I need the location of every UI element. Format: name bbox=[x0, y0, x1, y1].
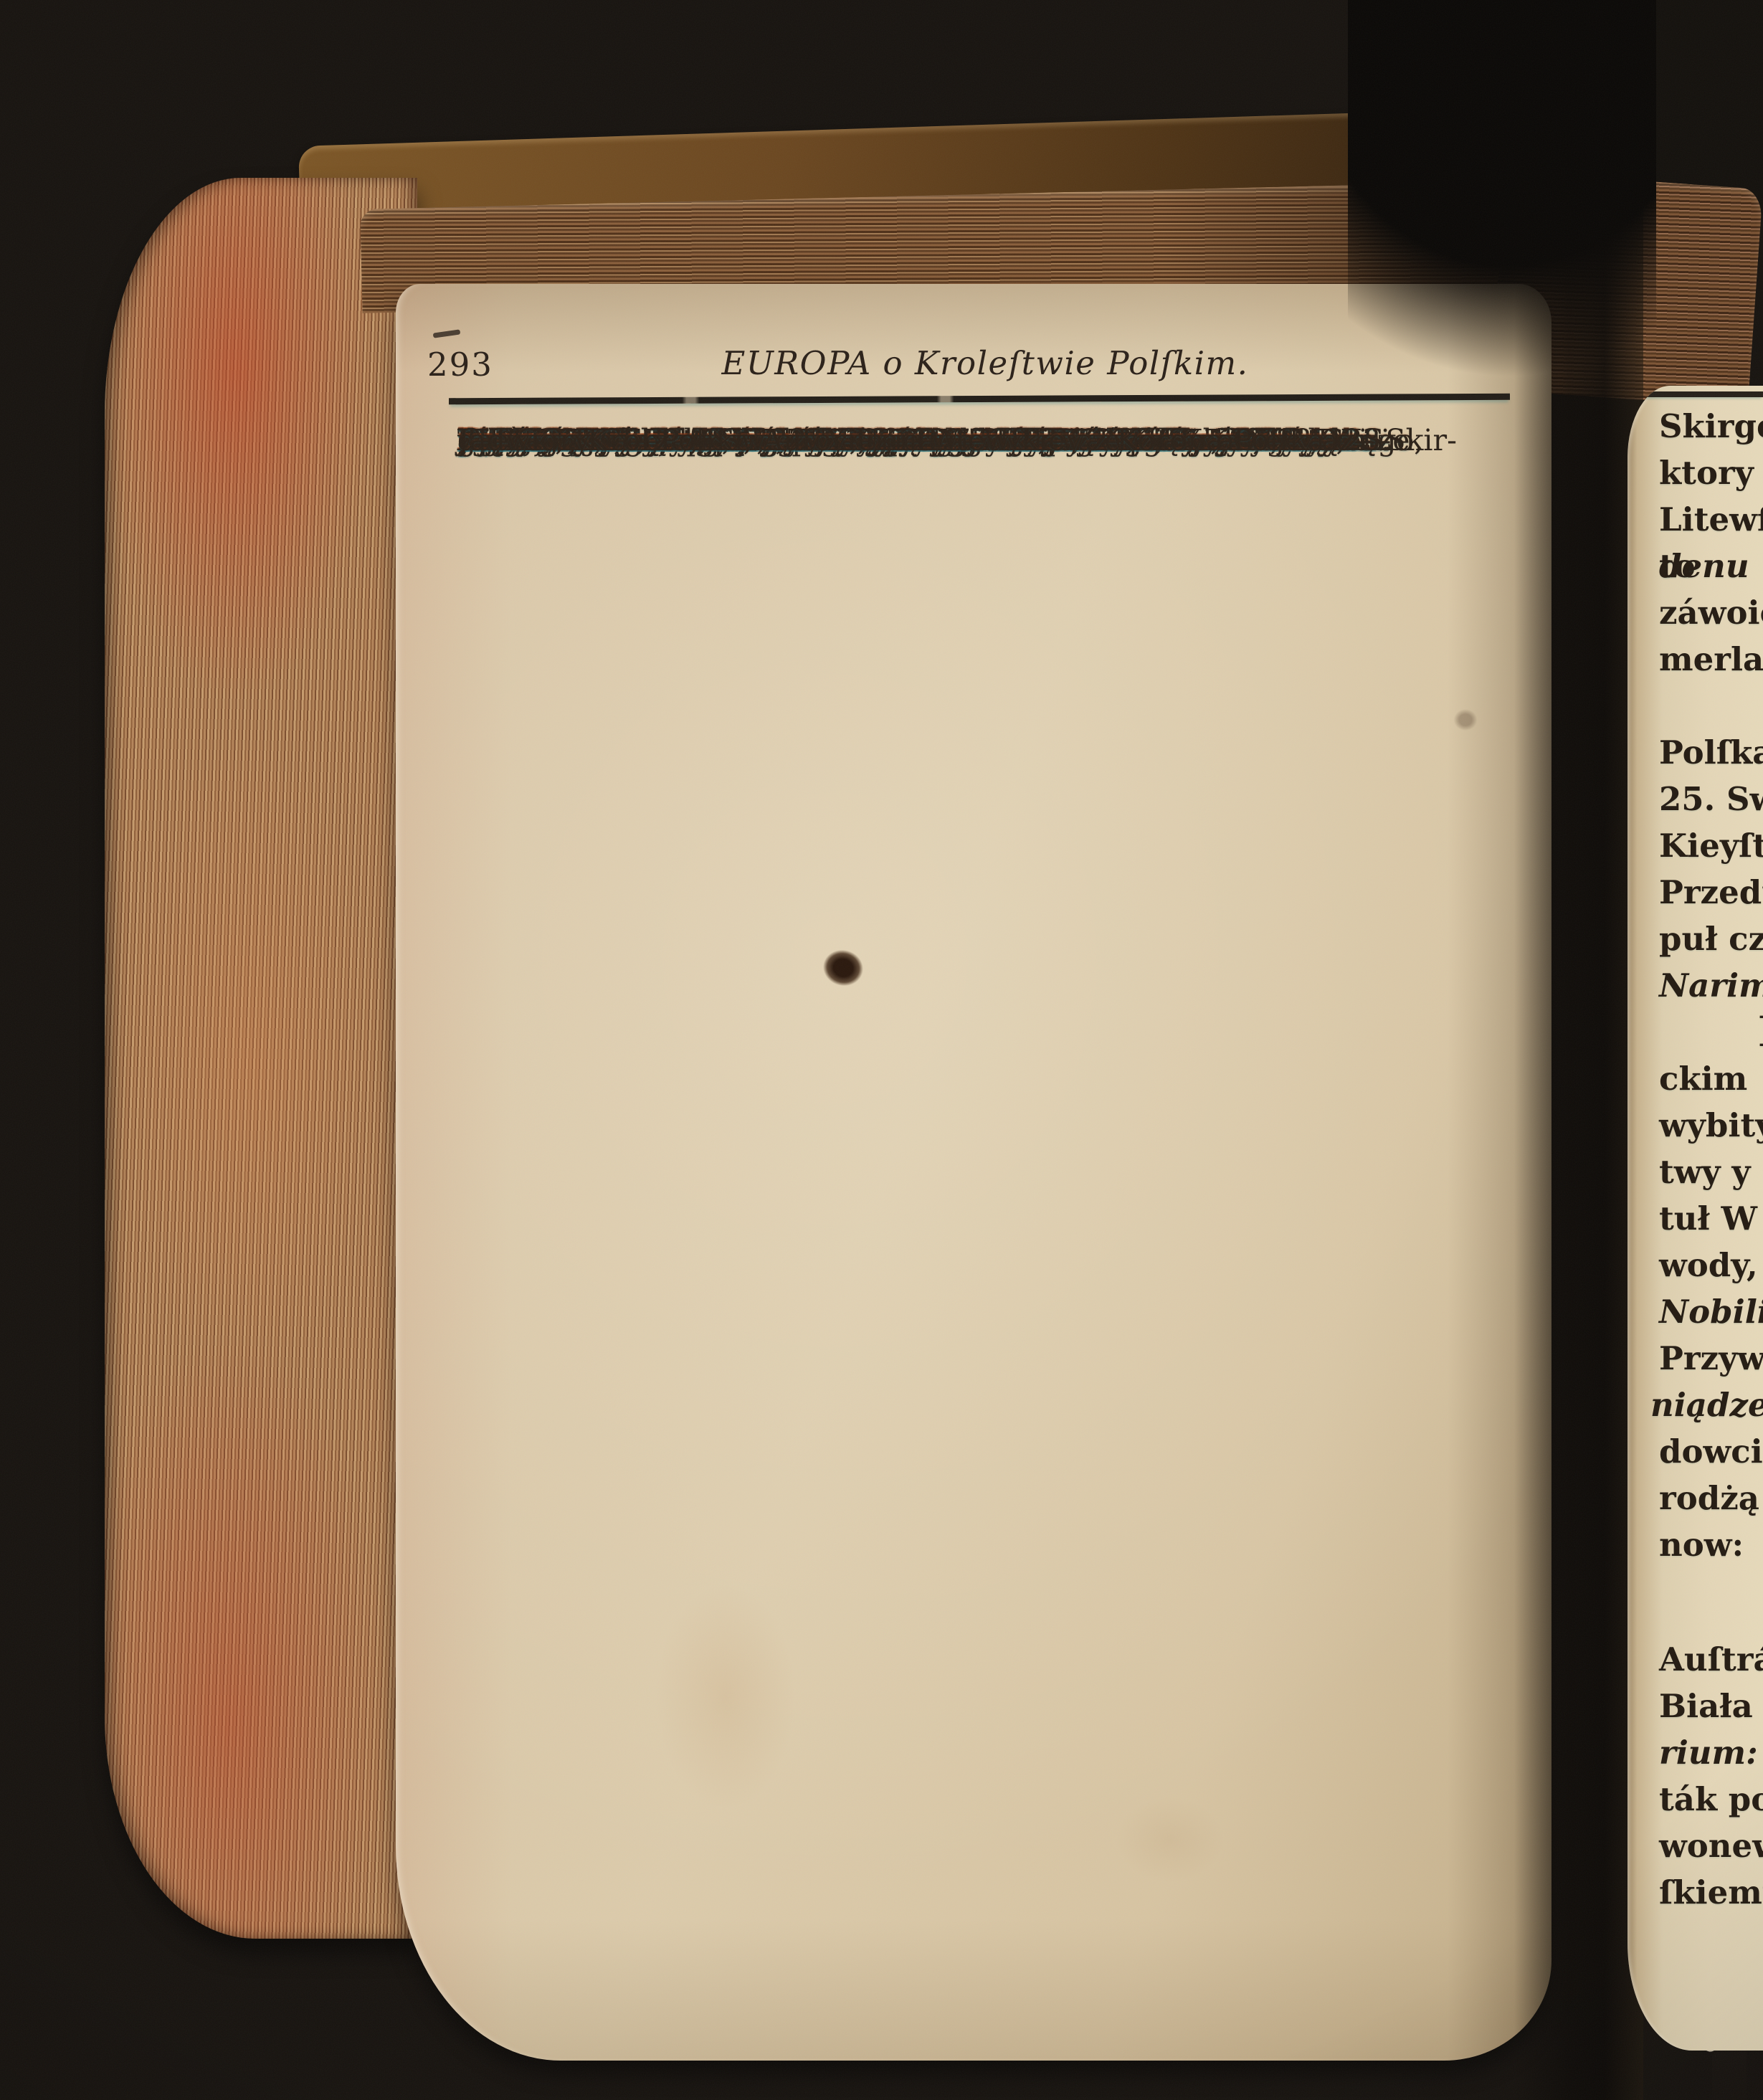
text-line-fragment: dowci bbox=[1659, 1428, 1763, 1475]
right-header-rule bbox=[1630, 391, 1763, 397]
roman-text: N bbox=[1758, 1009, 1763, 1055]
roman-text: Przyw bbox=[1659, 1335, 1763, 1382]
text-line-fragment: 25. Sw bbox=[1659, 776, 1763, 822]
text-line-fragment: K bbox=[1659, 683, 1763, 729]
text-line-fragment: Auſtrá bbox=[1659, 1636, 1763, 1683]
roman-text: 25. Sw bbox=[1659, 776, 1763, 822]
italic-text: denu bbox=[1659, 543, 1749, 589]
text-line-fragment: Biała bbox=[1659, 1683, 1763, 1729]
roman-text: Skirge bbox=[1659, 403, 1763, 450]
text-line-fragment: Przyw bbox=[1659, 1335, 1763, 1382]
roman-text: ták po bbox=[1659, 1776, 1763, 1823]
roman-text: rodżą bbox=[1659, 1475, 1759, 1521]
roman-text: wody, bbox=[1659, 1242, 1758, 1288]
text-line-fragment: Polſka bbox=[1659, 729, 1763, 776]
ink-mark bbox=[433, 329, 461, 338]
text-line-fragment: to denu bbox=[1659, 543, 1763, 589]
roman-text: Przedt bbox=[1659, 869, 1763, 916]
roman-text: dowci bbox=[1659, 1428, 1763, 1475]
paper-stain bbox=[632, 1546, 819, 1847]
text-line-fragment: merlan bbox=[1659, 636, 1763, 683]
text-line-fragment: ckim bbox=[1659, 1055, 1763, 1102]
roman-text: tuł W bbox=[1659, 1195, 1757, 1242]
italic-text: niądze. bbox=[1650, 1382, 1763, 1428]
text-line-fragment: twy y bbox=[1659, 1149, 1763, 1195]
text-line-fragment: záwoio bbox=[1659, 589, 1763, 636]
roman-text: záwoio bbox=[1659, 589, 1763, 636]
italic-text: Nobilit bbox=[1659, 1288, 1763, 1335]
text-line-fragment: now: bbox=[1659, 1521, 1763, 1568]
text-line-fragment: Narimu bbox=[1659, 962, 1763, 1009]
roman-text: merlan bbox=[1659, 636, 1763, 683]
roman-text: Litewſ bbox=[1659, 496, 1763, 543]
italic-text: rium: bbox=[1659, 1729, 1758, 1776]
roman-text: now: bbox=[1659, 1521, 1744, 1568]
text-line-fragment: Kieyſt bbox=[1659, 822, 1763, 869]
text-line-fragment: ſkiemu bbox=[1659, 1869, 1763, 1916]
roman-text: Polſka bbox=[1659, 729, 1763, 776]
roman-text: ckim bbox=[1659, 1055, 1747, 1102]
gutter-void bbox=[1348, 0, 1656, 459]
book-photo: 293 EUROPA o Kroleſtwie Polſkim. zowáła … bbox=[0, 0, 1763, 2100]
right-page-text-block: SkirgektoryLitewſto denuzáwoiomerlanKPol… bbox=[1627, 403, 1763, 1916]
right-page-edge: SkirgektoryLitewſto denuzáwoiomerlanKPol… bbox=[1627, 386, 1763, 2051]
text-line-fragment: Przedt bbox=[1659, 869, 1763, 916]
paper-stain bbox=[1098, 1782, 1242, 1897]
text-line-fragment: Nobilit bbox=[1659, 1288, 1763, 1335]
text-line-fragment: rium: bbox=[1659, 1729, 1763, 1776]
left-page: 293 EUROPA o Kroleſtwie Polſkim. zowáła … bbox=[396, 284, 1551, 2061]
italic-text: Narimu bbox=[1659, 962, 1763, 1009]
roman-text: ktory bbox=[1659, 450, 1754, 496]
roman-text: puł cz bbox=[1659, 916, 1763, 962]
text-line-fragment: puł cz bbox=[1659, 916, 1763, 962]
text-line-fragment: Skirge bbox=[1659, 403, 1763, 450]
roman-text: ſkiemu bbox=[1659, 1869, 1763, 1916]
text-line-fragment: N bbox=[1659, 1009, 1763, 1055]
text-line-fragment: rodżą bbox=[1659, 1475, 1763, 1521]
text-line-fragment: ktory bbox=[1659, 450, 1763, 496]
roman-text: Auſtrá bbox=[1659, 1636, 1763, 1683]
text-line-fragment: wybity bbox=[1659, 1102, 1763, 1149]
text-line-fragment: wonew bbox=[1659, 1823, 1763, 1869]
text-line-fragment: wody, bbox=[1659, 1242, 1763, 1288]
ink-smudge bbox=[1450, 705, 1481, 734]
text-line-fragment: tuł W bbox=[1659, 1195, 1763, 1242]
roman-text: Biała bbox=[1659, 1683, 1753, 1729]
left-page-text-area: 293 EUROPA o Kroleſtwie Polſkim. zowáła … bbox=[457, 284, 1513, 2061]
roman-text: twy y bbox=[1659, 1149, 1751, 1195]
roman-text: wonew bbox=[1659, 1823, 1763, 1869]
text-line-fragment: Litewſ bbox=[1659, 496, 1763, 543]
roman-text: wybity bbox=[1659, 1102, 1763, 1149]
text-line-fragment: niądze. bbox=[1650, 1382, 1763, 1428]
text-line-fragment: ták po bbox=[1659, 1776, 1763, 1823]
roman-text: Kieyſt bbox=[1659, 822, 1763, 869]
page-edges-left bbox=[105, 178, 417, 1939]
